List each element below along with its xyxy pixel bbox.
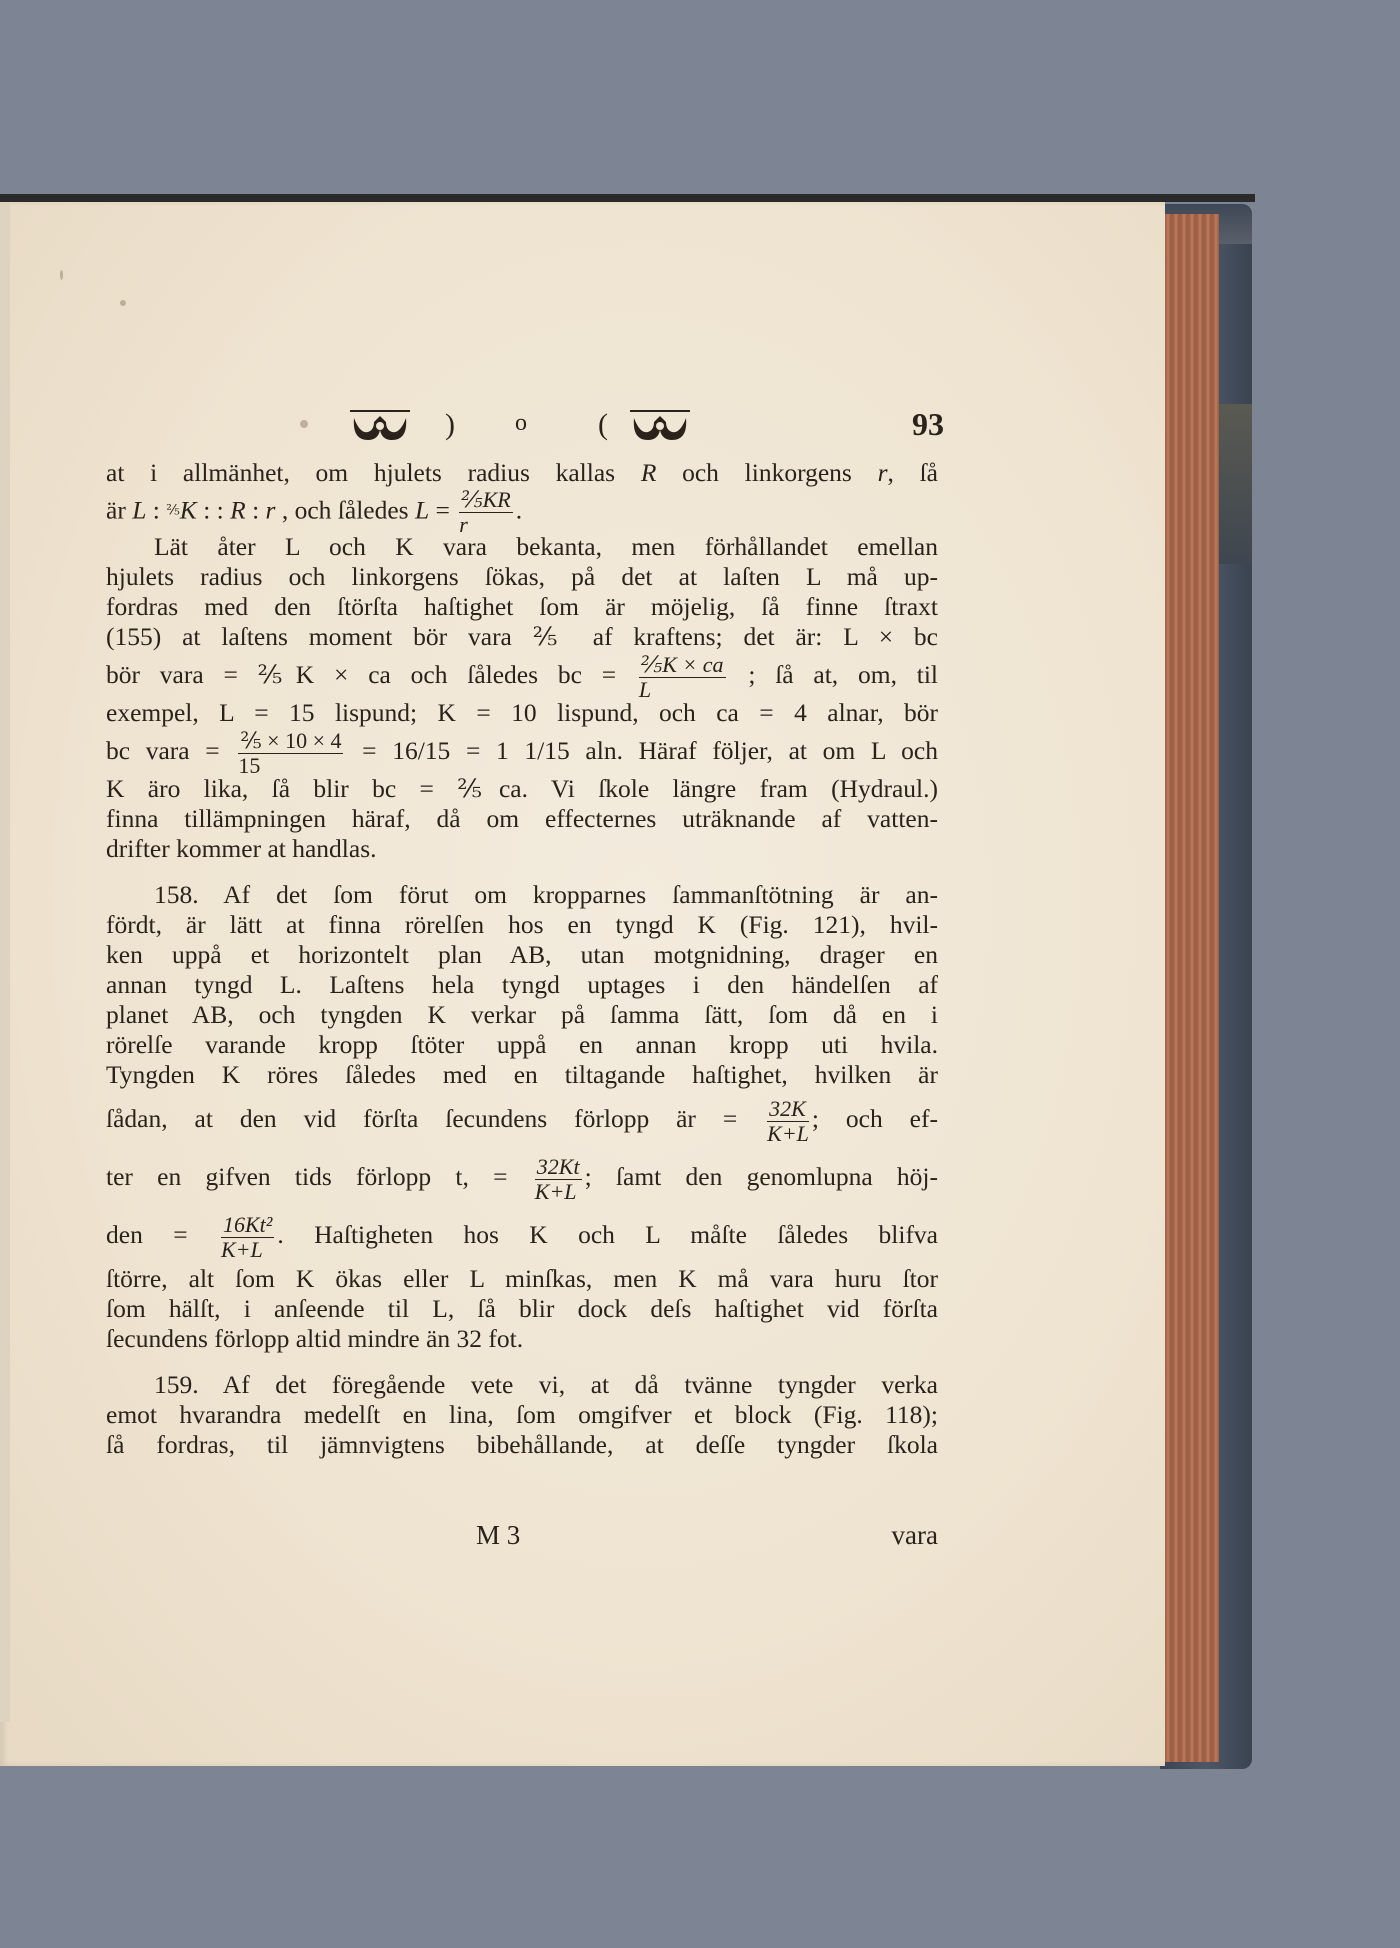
text-line: planet AB, och tyngden K verkar på ſamma… <box>106 1000 938 1030</box>
page-footer: M 3 vara <box>106 1520 938 1554</box>
fraction-numerator: 16Kt² <box>221 1213 274 1238</box>
text-run: är <box>106 495 132 524</box>
header-center-mark: o <box>515 410 527 437</box>
text-run: ; och ef- <box>812 1104 938 1133</box>
text-run: , och ſåledes <box>275 495 415 524</box>
paragraph-gap <box>106 1354 938 1370</box>
body-text: at i allmänhet, om hjulets radius kallas… <box>106 458 938 1460</box>
text-line: ſecundens förlopp altid mindre än 32 fot… <box>106 1324 938 1354</box>
math-var: r <box>878 458 888 487</box>
text-line: (155) at laſtens moment bör vara ⅖ af kr… <box>106 622 938 652</box>
small-fraction: ⅖ <box>166 503 180 518</box>
fraction: ⅖K × caL <box>639 653 726 702</box>
text-line: den = 16Kt²K+L. Haſtigheten hos K och L … <box>106 1206 938 1264</box>
section-159-first-line: 159. Af det föregående vete vi, at då tv… <box>106 1370 938 1400</box>
paragraph-gap <box>106 864 938 880</box>
text-run: , ſå <box>888 458 939 487</box>
fraction: ⅖KRr <box>459 488 512 537</box>
text-run: ; ſamt den genomlupna höj- <box>585 1162 938 1191</box>
text-line: fordras med den ſtörſta haſtighet ſom är… <box>106 592 938 622</box>
fraction-numerator: ⅖KR <box>459 488 512 513</box>
text-line: bör vara = ⅖K × ca och ſåledes bc = ⅖K ×… <box>106 652 938 698</box>
binding-worn-patch <box>1216 404 1252 564</box>
text-run: ſådan, at den vid förſta ſecundens förlo… <box>106 1104 764 1133</box>
text-run: = 16/15 = 1 1/15 aln. Häraf följer, at o… <box>346 736 938 765</box>
math-var: r <box>266 495 276 524</box>
text-line: drifter kommer at handlas. <box>106 834 938 864</box>
fraction-denominator: K+L <box>221 1238 274 1262</box>
text-run: : : <box>197 495 230 524</box>
text-line: är L : ⅖K : : R : r , och ſåledes L = ⅖K… <box>106 488 938 532</box>
fraction: 16Kt²K+L <box>221 1213 274 1262</box>
text-run: den = <box>106 1220 218 1249</box>
text-run: bc vara = <box>106 736 235 765</box>
floral-ornament-icon <box>630 412 690 442</box>
text-line: ſtörre, alt ſom K ökas eller L minſkas, … <box>106 1264 938 1294</box>
text-run: och linkorgens <box>656 458 877 487</box>
math-var: L <box>132 495 146 524</box>
text-line: ſådan, at den vid förſta ſecundens förlo… <box>106 1090 938 1148</box>
text-line: ſå fordras, til jämnvigtens bibehållande… <box>106 1430 938 1460</box>
paper-speck <box>300 420 308 428</box>
section-158-first-line: 158. Af det ſom förut om kropparnes ſamm… <box>106 880 938 910</box>
text-line: ken uppå et horizontelt plan AB, utan mo… <box>106 940 938 970</box>
text-run: . <box>516 495 522 524</box>
floral-ornament-icon <box>350 412 410 442</box>
book-top-edge <box>0 194 1255 202</box>
text-run: = <box>429 495 456 524</box>
text-run: at i allmänhet, om hjulets radius kallas <box>106 458 641 487</box>
fraction-numerator: ⅖ × 10 × 4 <box>238 729 343 754</box>
math-var: R <box>641 458 657 487</box>
text-run: bör vara = ⅖K × ca och ſåledes bc = <box>106 660 636 689</box>
floral-ornament-icon <box>630 410 690 444</box>
fraction-denominator: K+L <box>767 1122 809 1146</box>
page-fore-edge <box>1163 214 1219 1762</box>
math-var: L <box>415 495 429 524</box>
text-line: K äro lika, ſå blir bc = ⅖ca. Vi ſkole l… <box>106 774 938 804</box>
text-line: Lät åter L och K vara bekanta, men förhå… <box>106 532 938 562</box>
text-line: hjulets radius och linkorgens ſökas, på … <box>106 562 938 592</box>
text-line: emot hvarandra medelſt en lina, ſom omgi… <box>106 1400 938 1430</box>
page-number: 93 <box>912 406 944 443</box>
text-line: fördt, är lätt at finna rörelſen hos en … <box>106 910 938 940</box>
text-line: bc vara = ⅖ × 10 × 415 = 16/15 = 1 1/15 … <box>106 728 938 774</box>
text-line: rörelſe varande kropp ſtöter uppå en ann… <box>106 1030 938 1060</box>
header-paren-close: ) <box>445 408 455 442</box>
fraction-numerator: ⅖K × ca <box>639 653 726 678</box>
text-line: at i allmänhet, om hjulets radius kallas… <box>106 458 938 488</box>
text-run: . Haſtigheten hos K och L måſte ſåledes … <box>277 1220 938 1249</box>
text-line: ſom hälſt, i anſeende til L, ſå blir doc… <box>106 1294 938 1324</box>
paper-speck <box>120 300 126 306</box>
text-line: Tyngden K röres ſåledes med en tiltagand… <box>106 1060 938 1090</box>
catchword: vara <box>892 1520 938 1551</box>
math-var: K <box>180 495 197 524</box>
fraction-numerator: 32K <box>767 1097 809 1122</box>
paper-speck <box>60 270 63 280</box>
text-line: exempel, L = 15 lispund; K = 10 lispund,… <box>106 698 938 728</box>
signature-mark: M 3 <box>476 1520 520 1551</box>
text-line: ter en gifven tids förlopp t, = 32KtK+L;… <box>106 1148 938 1206</box>
text-line: annan tyngd L. Laſtens hela tyngd uptage… <box>106 970 938 1000</box>
fraction: 32KK+L <box>767 1097 809 1146</box>
fraction-denominator: K+L <box>535 1180 582 1204</box>
gutter-strip <box>0 202 10 1722</box>
text-run: : <box>246 495 266 524</box>
header-paren-open: ( <box>598 408 608 442</box>
fraction: 32KtK+L <box>535 1155 582 1204</box>
text-run: : <box>146 495 166 524</box>
fraction-numerator: 32Kt <box>535 1155 582 1180</box>
running-header: ) o ( 93 <box>350 408 940 448</box>
fraction: ⅖ × 10 × 415 <box>238 729 343 778</box>
text-run: ter en gifven tids förlopp t, = <box>106 1162 532 1191</box>
text-run: ; ſå at, om, til <box>729 660 938 689</box>
text-line: finna tillämpningen häraf, då om effecte… <box>106 804 938 834</box>
math-var: R <box>230 495 246 524</box>
floral-ornament-icon <box>350 410 410 444</box>
